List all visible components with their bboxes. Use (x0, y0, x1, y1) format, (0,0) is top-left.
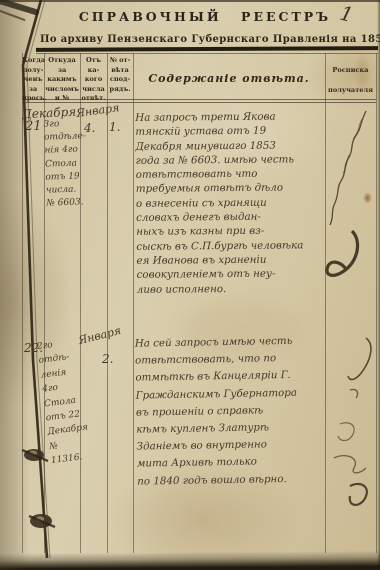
row1-reply-day: 4. (84, 121, 95, 135)
row1-received-day: 21 (25, 119, 42, 134)
row1-origin: 3го отдѣле- нія 4го Стола отъ 19 числа. … (43, 117, 84, 211)
register-title: СПРАВОЧНЫЙ РЕЕСТРЪ (42, 9, 368, 24)
row2-reply-number: 2. (102, 352, 113, 366)
row2-reply-month: Января (77, 324, 122, 347)
row1-reply-number: 1. (109, 120, 120, 134)
column-header-origin: Откуда за какимъ числомъ и № (44, 56, 80, 100)
row1-receipt-signature (322, 103, 378, 298)
header-rule-thick (36, 46, 378, 52)
subtitle-printed-prefix: По архиву Пензенскаго Губернскаго Правле… (40, 34, 380, 45)
column-divider (133, 53, 134, 553)
column-divider (107, 53, 108, 553)
column-header-content: Содержаніе отвѣта. (133, 56, 325, 100)
scanned-register-page: 1 СПРАВОЧНЫЙ РЕЕСТРЪ По архиву Пензенска… (0, 0, 380, 570)
column-header-reply-date: Отъ ка- кого числа отвѣт. (80, 56, 107, 100)
header-rule-thin (36, 53, 378, 54)
column-header-reply-no: № от- вѣта спод- рядъ. (107, 56, 133, 100)
column-header-received: Когда полу- ченъ за прось. (22, 56, 44, 100)
column-header-receipt: Росписка получателя (325, 60, 376, 100)
table-border-left (22, 53, 23, 553)
row2-receipt-signature (320, 328, 380, 513)
row2-content-text: На сей запросъ имѣю честь отвѣтствовать,… (135, 332, 326, 490)
register-subtitle: По архиву Пензенскаго Губернскаго Правле… (40, 28, 370, 46)
row1-content-text: На запросъ трети Якова тянскій устава от… (135, 109, 325, 296)
